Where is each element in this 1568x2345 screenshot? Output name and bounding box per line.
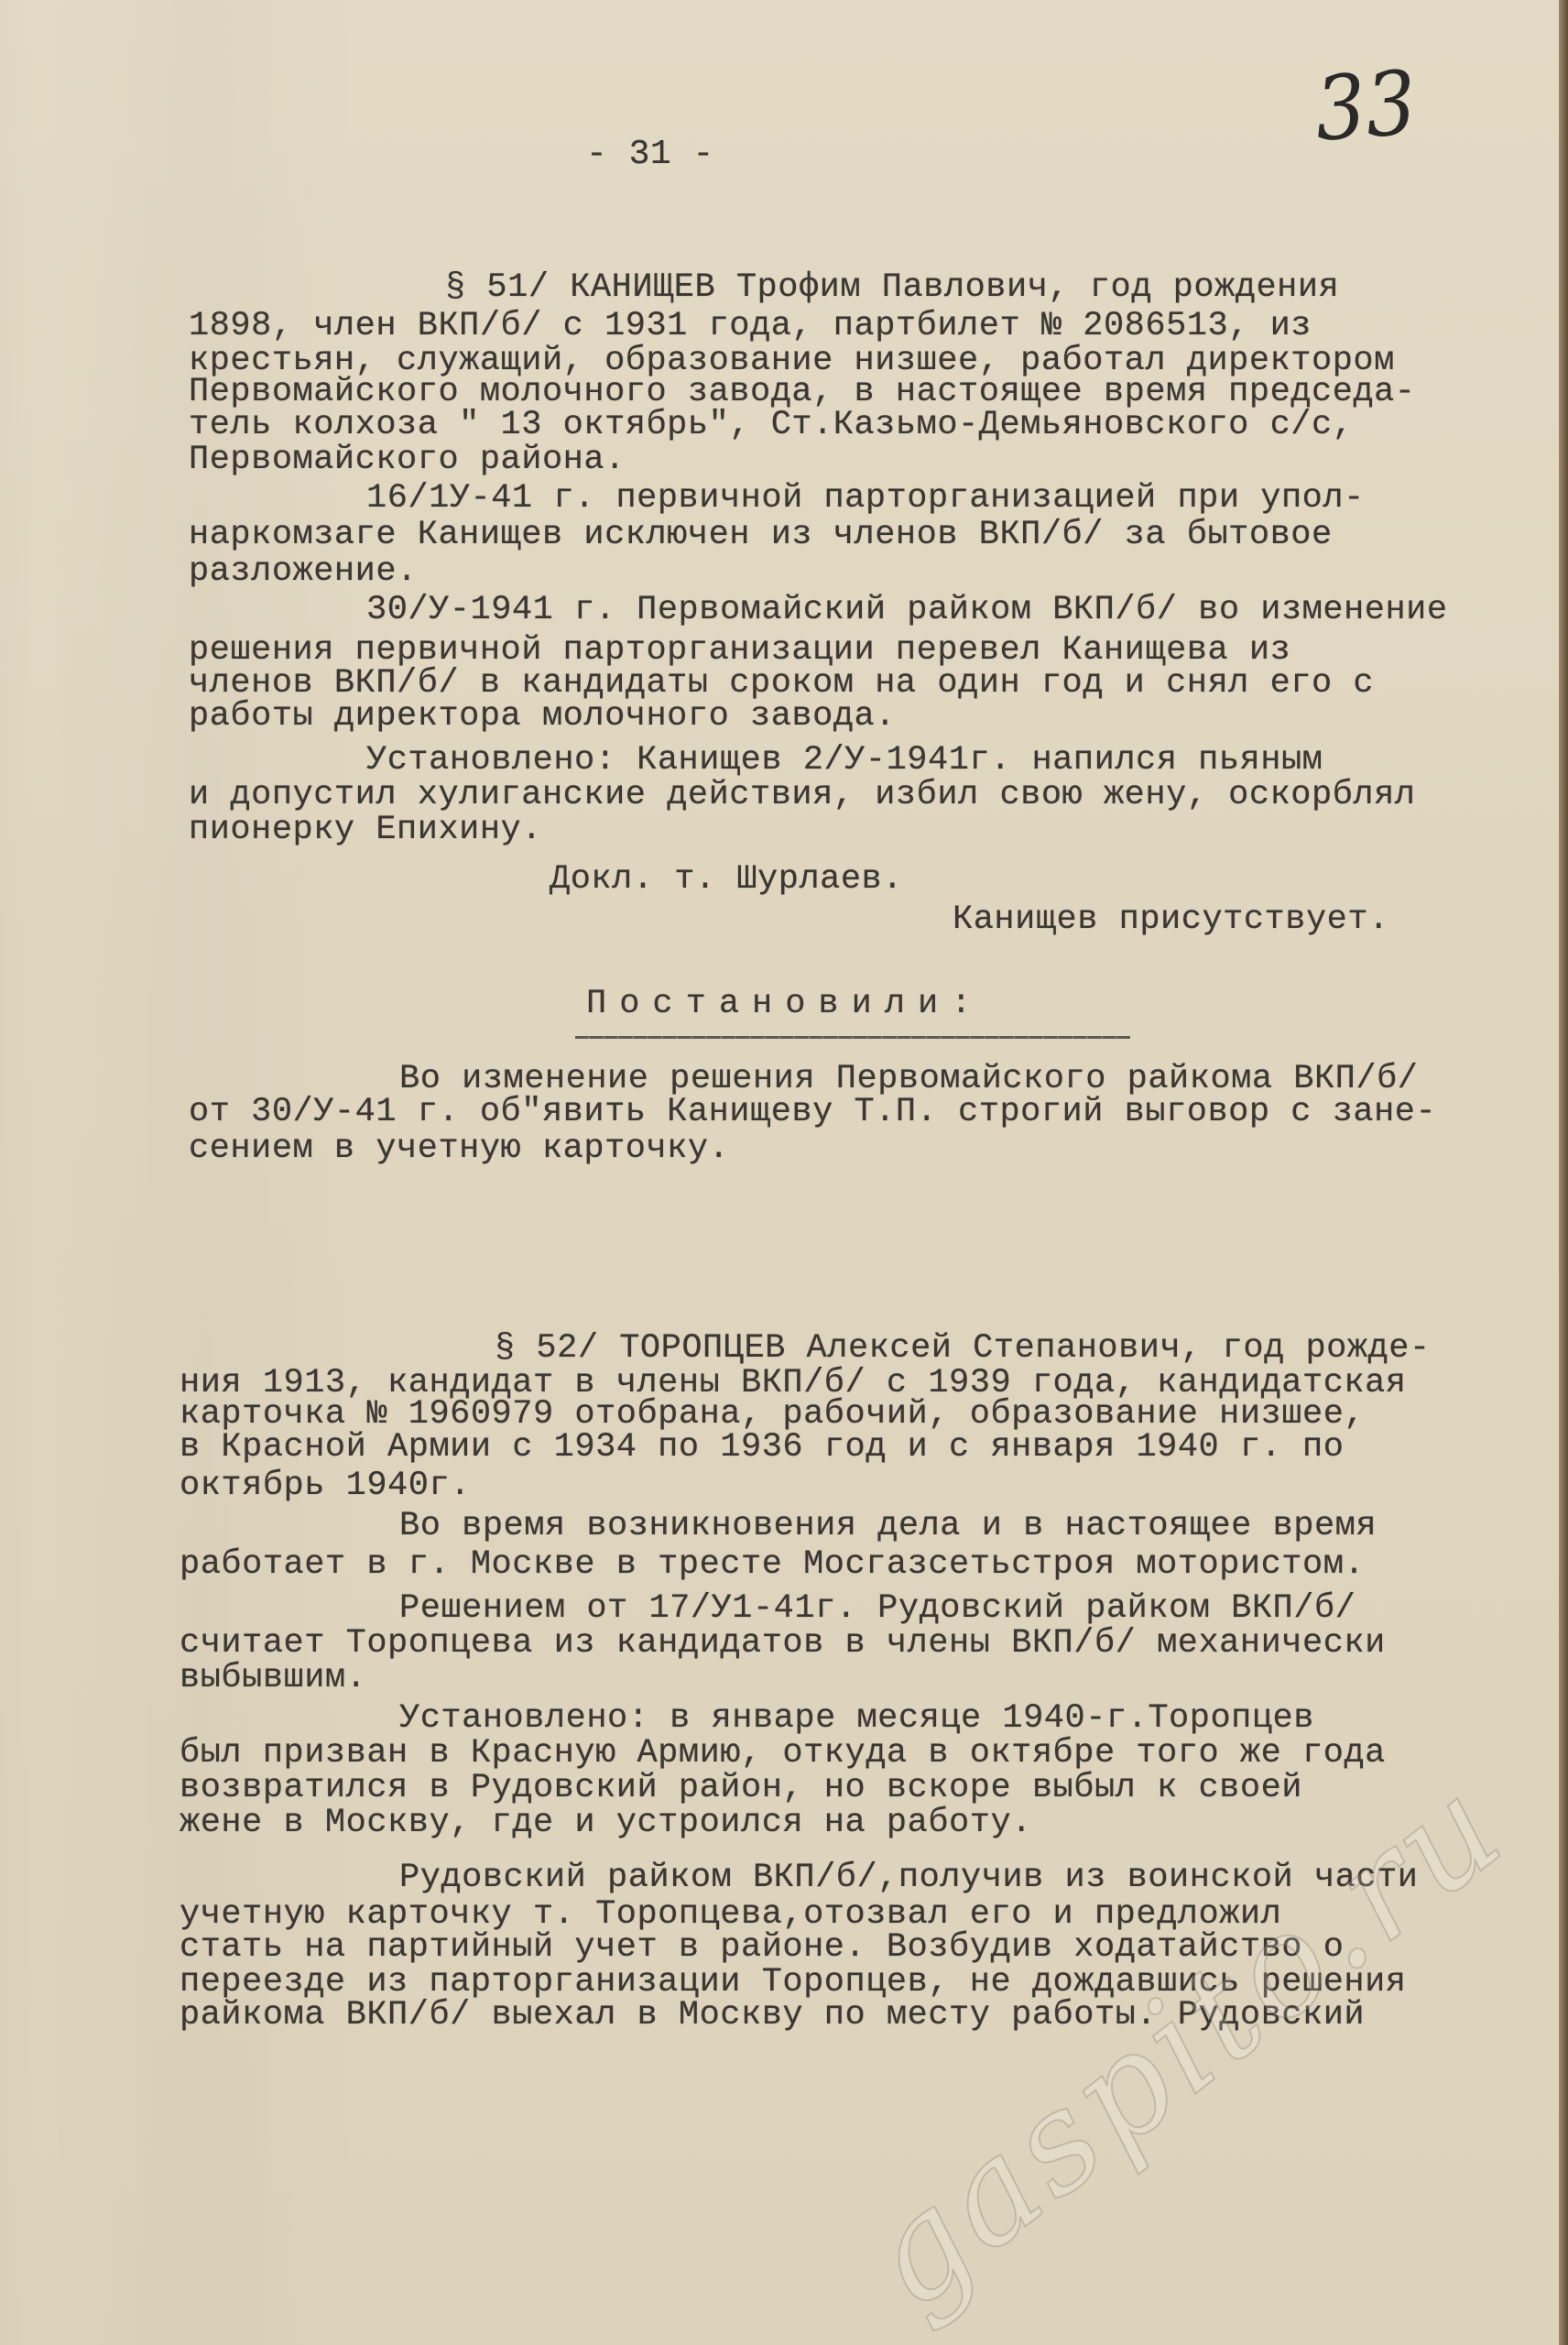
text-line: возвратился в Рудовский район, но вскоре… [180,1772,1302,1805]
text-line: октябрь 1940г. [180,1469,471,1503]
resolution-line: от 30/У-41 г. об"явить Канищеву Т.П. стр… [189,1096,1436,1129]
text-line: Первомайского молочного завода, в настоя… [189,376,1416,409]
text-line: решения первичной парторганизации переве… [189,634,1290,668]
text-line: Решением от 17/У1-41г. Рудовский райком … [399,1592,1356,1626]
archive-sheet-number: 33 [1312,51,1419,160]
text-line: § 52/ ТОРОПЦЕВ Алексей Степанович, год р… [495,1332,1431,1366]
resolution-heading: Постановили: [586,987,984,1021]
text-line: 1898, член ВКП/б/ с 1931 года, партбилет… [189,310,1312,344]
text-line: Установлено: Канищев 2/У-1941г. напился … [366,744,1323,778]
resolution-line: Во изменение решения Первомайского райко… [399,1063,1418,1096]
text-line: разложение. [189,555,418,589]
text-line: § 51/ КАНИЩЕВ Трофим Павлович, год рожде… [445,271,1339,305]
text-line: Установлено: в январе месяце 1940-г.Торо… [399,1702,1314,1736]
text-line: работает в г. Москве в тресте Мосгазсеть… [180,1548,1365,1582]
text-line: считает Торопцева из кандидатов в члены … [180,1627,1386,1661]
text-line: в Красной Армии с 1934 по 1936 год и с я… [180,1431,1344,1465]
text-line: карточка № 1960979 отобрана, рабочий, об… [180,1398,1365,1432]
text-line: наркомзаге Канищев исключен из членов ВК… [189,518,1333,552]
text-line: выбывшим. [180,1662,366,1696]
text-line: жене в Москву, где и устроился на работу… [180,1806,1032,1840]
page-number: - 31 - [586,137,714,172]
text-line: работы директора молочного завода. [189,700,896,734]
document-page: - 31 - 33 § 51/ КАНИЩЕВ Трофим Павлович,… [0,0,1559,2345]
text-line: членов ВКП/б/ в кандидаты сроком на один… [189,667,1374,701]
heading-underline [575,1036,1130,1039]
reporter-line: Докл. т. Шурлаев. [550,863,903,897]
text-line: был призван в Красную Армию, откуда в ок… [180,1737,1386,1771]
text-line: 30/У-1941 г. Первомайский райком ВКП/б/ … [366,594,1448,627]
text-line: 16/1У-41 г. первичной парторганизацией п… [366,482,1365,516]
text-line: и допустил хулиганские действия, избил с… [189,779,1416,813]
text-line: Во время возникновения дела и в настояще… [399,1510,1377,1543]
resolution-line: сением в учетную карточку. [189,1132,729,1166]
attendance-line: Канищев присутствует. [953,903,1389,937]
page-edge-shadow [1559,0,1568,2345]
text-line: Первомайского района. [189,443,626,477]
text-line: учетную карточку т. Торопцева,отозвал ег… [180,1898,1281,1932]
text-line: пионерку Епихину. [189,813,542,847]
text-line: тель колхоза " 13 октябрь", Ст.Казьмо-Де… [189,409,1353,442]
